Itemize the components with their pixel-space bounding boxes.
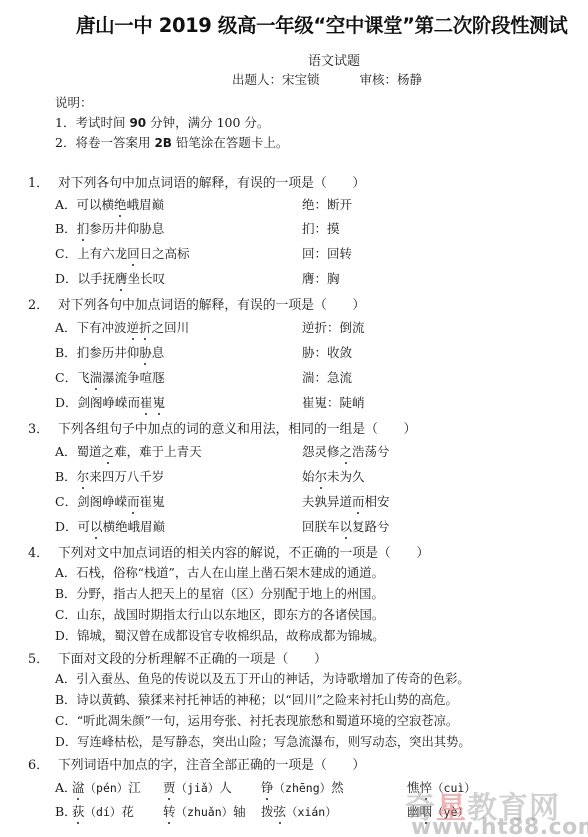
option-a: A． 湓（pén）江 贾（jiǎ）人 铮（zhēng）然 憔悴（cuì） (55, 778, 575, 798)
pinyin: （pén） (85, 781, 129, 795)
option-b: B．扪参历井仰胁息 扪：摸 (55, 219, 164, 237)
option-label: A． (55, 566, 76, 580)
question-2: 2．对下列各句中加点词语的解释，有误的一项是（ ） (28, 294, 365, 313)
question-number: 3． (28, 418, 58, 437)
dotted-char: 咽 (420, 802, 433, 820)
option-label: B． (55, 587, 76, 601)
pinyin: （jiǎ） (176, 781, 220, 795)
option-b: B．诗以黄鹤、猿猱来衬托神话的神秘；以“回川”之险来衬托山势的高危。 (55, 690, 458, 708)
pinyin: （yè） (432, 805, 469, 819)
dotted-char: 以 (340, 517, 353, 535)
dotted-char: 以 (90, 517, 103, 535)
option-b: B． 荻（dí）花 转（zhuǎn）轴 拨弦（xián） 幽咽（yè） (55, 802, 575, 822)
dotted-char: 逆 (127, 318, 140, 336)
pinyin-item: 拨弦（xián） (261, 802, 337, 820)
option-d: D．可以横绝峨眉巅 回朕车以复路兮 (55, 517, 165, 535)
option-gloss: 回：回转 (302, 244, 352, 262)
question-3: 3．下列各组句子中加点的词的意义和用法，相同的一组是（ ） (28, 418, 416, 437)
dotted-char: 尔 (77, 467, 90, 485)
option-d: D．锦城，蜀汉曾在成都设官专收棉织品，故称成都为锦城。 (55, 626, 385, 644)
question-number: 5． (28, 648, 58, 667)
word-prefix: 拨 (261, 804, 274, 819)
dotted-char: 贾 (163, 778, 176, 796)
word-prefix: 憔 (407, 780, 420, 795)
option-d: D．以手抚膺坐长叹 膺：胸 (55, 269, 165, 287)
note-bold: 90 (129, 116, 146, 130)
option-label: A． (55, 444, 77, 459)
option-a: A．下有冲波逆折之回川 逆折：倒流 (55, 318, 189, 336)
option-label: C． (55, 494, 77, 509)
option-label: C． (55, 246, 77, 261)
pinyin: （dí） (85, 805, 122, 819)
author-label: 出题人：宋宝锁 (232, 72, 320, 87)
option-a: A．石栈，俗称“栈道”，古人在山崖上凿石架木建成的通道。 (55, 563, 384, 581)
pinyin: （xián） (286, 805, 337, 819)
note-text: 分钟，满分 100 分。 (146, 115, 269, 130)
option-text: 引入蚕丛、鱼凫的传说以及五丁开山的神话，为诗歌增加了传奇的色彩。 (76, 672, 470, 686)
option-text: 写连峰枯松，是写静态，突出山险；写急流瀑布，则写动态，突出其势。 (77, 735, 471, 749)
exam-page: 唐山一中 2019 级高一年级“空中课堂”第二次阶段性测试 语文试题 出题人：宋… (0, 0, 588, 837)
reviewer-label: 审核：杨静 (360, 72, 423, 87)
dotted-char: 绝 (114, 195, 127, 213)
word-rest: 江 (128, 780, 141, 795)
word-prefix: 幽 (407, 804, 420, 819)
option-label: C． (55, 608, 77, 622)
question-number: 2． (28, 294, 58, 313)
option-d: D．写连峰枯松，是写静态，突出山险；写急流瀑布，则写动态，突出其势。 (55, 732, 471, 750)
dotted-char: 之 (340, 442, 353, 460)
exam-title: 唐山一中 2019 级高一年级“空中课堂”第二次阶段性测试 (76, 10, 588, 38)
dotted-char: 悴 (420, 778, 433, 796)
note-text: 铅笔涂在答题卡上。 (172, 135, 288, 150)
option-label: B． (55, 221, 77, 236)
option-gloss: 膺：胸 (302, 269, 340, 287)
option-label: C． (55, 370, 77, 385)
dotted-char: 而 (127, 492, 140, 510)
dotted-char: 扪 (77, 219, 90, 237)
question-4: 4．下列对文中加点词语的相关内容的解说，不正确的一项是（ ） (28, 542, 429, 561)
notes-heading: 说明： (55, 93, 93, 111)
option-text: 石栈，俗称“栈道”，古人在山崖上凿石架木建成的通道。 (76, 566, 384, 580)
option-label: D． (55, 395, 78, 410)
option-label: A． (55, 672, 76, 686)
word-rest: 花 (121, 804, 134, 819)
option-pair: 回朕车以复路兮 (302, 517, 390, 535)
option-label: C． (55, 714, 77, 728)
option-d: D．剑阁峥嵘而崔嵬 崔嵬：陡峭 (55, 393, 165, 411)
note-text: 2．将卷一答案用 (55, 135, 154, 150)
option-pair: 夫孰异道而相安 (302, 492, 390, 510)
option-label: B． (55, 345, 77, 360)
question-number: 4． (28, 542, 58, 561)
note-text: 1．考试时间 (55, 115, 129, 130)
note-item: 2．将卷一答案用 2B 铅笔涂在答题卡上。 (55, 133, 288, 151)
option-text: “听此凋朱颜”一句，运用夸张、衬托表现旅愁和蜀道环境的空寂苍凉。 (77, 714, 458, 728)
word-rest: 然 (331, 780, 344, 795)
option-text: 锦城，蜀汉曾在成都设官专收棉织品，故称成都为锦城。 (77, 629, 384, 643)
word-rest: 轴 (233, 804, 246, 819)
option-label: B． (55, 469, 77, 484)
dotted-char: 而 (352, 492, 365, 510)
option-b: B．尔来四万八千岁 始尔未为久 (55, 467, 164, 485)
option-label: D． (55, 735, 77, 749)
pinyin-item: 转（zhuǎn）轴 (163, 802, 246, 820)
dotted-char: 铮 (261, 778, 274, 796)
pinyin-item: 荻（dí）花 (72, 802, 134, 820)
dotted-char: 胁 (139, 343, 152, 361)
exam-subject: 语文试题 (308, 50, 360, 69)
option-label: D． (55, 271, 78, 286)
option-text: 诗以黄鹤、猿猱来衬托神话的神秘；以“回川”之险来衬托山势的高危。 (76, 693, 457, 707)
question-stem: 下列对文中加点词语的相关内容的解说，不正确的一项是（ ） (58, 546, 429, 561)
dotted-char: 转 (163, 802, 176, 820)
option-text: 山东，战国时期指太行山以东地区，即东方的各诸侯国。 (77, 608, 384, 622)
option-text: 分野，指古人把天上的星宿（区）分别配于地上的州国。 (76, 587, 383, 601)
option-label: D． (55, 519, 78, 534)
question-stem: 对下列各句中加点词语的解释，有误的一项是（ ） (58, 298, 365, 313)
option-pair: 始尔未为久 (302, 467, 365, 485)
option-gloss: 崔嵬：陡峭 (302, 393, 365, 411)
question-stem: 对下列各句中加点词语的解释，有误的一项是（ ） (58, 176, 365, 191)
question-stem: 下列词语中加点的字，注音全部正确的一项是（ ） (58, 758, 365, 773)
dotted-char: 回 (127, 244, 140, 262)
dotted-char: 荻 (72, 802, 85, 820)
question-number: 6． (28, 754, 58, 773)
option-gloss: 绝：断开 (302, 195, 352, 213)
option-c: C．上有六龙回日之高标 回：回转 (55, 244, 190, 262)
option-a: A．蜀道之难，难于上青天 怨灵修之浩荡兮 (55, 442, 202, 460)
question-number: 1． (28, 172, 58, 191)
exam-credits: 出题人：宋宝锁审核：杨静 (232, 70, 422, 88)
option-label: A． (55, 197, 77, 212)
question-stem: 下面对文段的分析理解不正确的一项是（ ） (58, 652, 327, 667)
question-1: 1．对下列各句中加点词语的解释，有误的一项是（ ） (28, 172, 365, 191)
option-c: C．“听此凋朱颜”一句，运用夸张、衬托表现旅愁和蜀道环境的空寂苍凉。 (55, 711, 458, 729)
pinyin-item: 铮（zhēng）然 (261, 778, 344, 796)
option-b: B．扪参历井仰胁息 胁：收敛 (55, 343, 164, 361)
option-a: A．引入蚕丛、鱼凫的传说以及五丁开山的神话，为诗歌增加了传奇的色彩。 (55, 669, 470, 687)
pinyin-item: 憔悴（cuì） (407, 778, 476, 796)
option-c: C．剑阁峥嵘而崔嵬 夫孰异道而相安 (55, 492, 165, 510)
dotted-char: 湍 (90, 368, 103, 386)
option-gloss: 逆折：倒流 (302, 318, 365, 336)
pinyin-item: 贾（jiǎ）人 (163, 778, 232, 796)
pinyin-item: 湓（pén）江 (72, 778, 141, 796)
dotted-char: 之 (102, 442, 115, 460)
option-b: B．分野，指古人把天上的星宿（区）分别配于地上的州国。 (55, 584, 384, 602)
option-label: A． (55, 320, 77, 335)
option-a: A．可以横绝峨眉巅 绝：断开 (55, 195, 164, 213)
word-rest: 人 (219, 780, 232, 795)
dotted-char: 湓 (72, 778, 85, 796)
dotted-char: 尔 (315, 467, 328, 485)
option-gloss: 湍：急流 (302, 368, 352, 386)
dotted-char: 嵬 (153, 393, 166, 411)
dotted-char: 膺 (115, 269, 128, 287)
option-gloss: 胁：收敛 (302, 343, 352, 361)
option-pair: 怨灵修之浩荡兮 (302, 442, 390, 460)
dotted-char: 折 (139, 318, 152, 336)
pinyin: （cuì） (432, 781, 476, 795)
question-stem: 下列各组句子中加点的词的意义和用法，相同的一组是（ ） (58, 422, 416, 437)
pinyin: （zhuǎn） (176, 805, 234, 819)
option-gloss: 扪：摸 (302, 219, 340, 237)
dotted-char: 弦 (274, 802, 287, 820)
note-bold: 2B (154, 136, 172, 150)
question-6: 6．下列词语中加点的字，注音全部正确的一项是（ ） (28, 754, 365, 773)
question-5: 5．下面对文段的分析理解不正确的一项是（ ） (28, 648, 327, 667)
option-c: C．飞湍瀑流争喧豗 湍：急流 (55, 368, 165, 386)
option-label: D． (55, 629, 77, 643)
option-label: B． (55, 693, 76, 707)
pinyin: （zhēng） (274, 781, 332, 795)
note-item: 1．考试时间 90 分钟，满分 100 分。 (55, 113, 269, 131)
option-c: C．山东，战国时期指太行山以东地区，即东方的各诸侯国。 (55, 605, 384, 623)
pinyin-item: 幽咽（yè） (407, 802, 469, 820)
dotted-char: 崔 (140, 393, 153, 411)
